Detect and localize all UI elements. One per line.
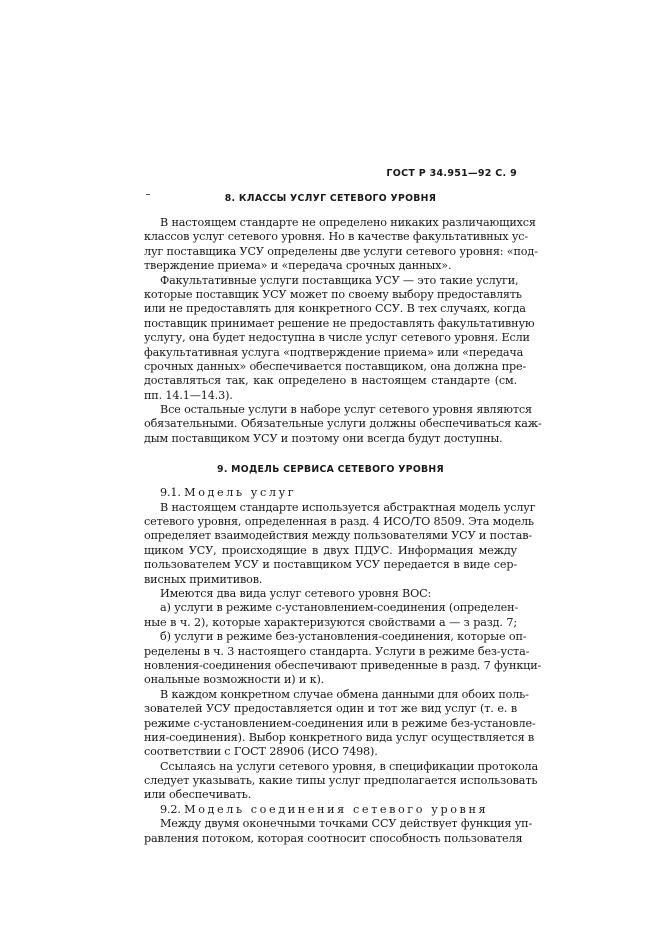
- text-line: ные в ч. 2), которые характеризуются сво…: [144, 616, 517, 630]
- running-head: ГОСТ Р 34.951—92 С. 9: [144, 168, 517, 182]
- text-line: срочных данных» обеспечивается поставщик…: [144, 360, 517, 374]
- subsection-9-2-body: Между двумя оконечными точками ССУ дейст…: [144, 817, 517, 846]
- text-line: а) услуги в режиме с-установлением-соеди…: [144, 601, 517, 615]
- text-line: следует указывать, какие типы услуг пред…: [144, 774, 517, 788]
- text-line: Между двумя оконечными точками ССУ дейст…: [144, 817, 517, 831]
- subsection-9-1-body: В настоящем стандарте используется абстр…: [144, 501, 517, 803]
- text-line: пользователем УСУ и поставщиком УСУ пере…: [144, 558, 517, 572]
- text-line: ональные возможности и) и к).: [144, 673, 517, 687]
- subsection-number: 9.2.: [160, 803, 181, 816]
- text-line: соответствии с ГОСТ 28906 (ИСО 7498).: [144, 745, 517, 759]
- subsection-number: 9.1.: [160, 486, 181, 499]
- text-line: или обеспечивать.: [144, 788, 517, 802]
- text-line: пп. 14.1—14.3).: [144, 389, 517, 403]
- text-line: услугу, она будет недоступна в числе усл…: [144, 331, 517, 345]
- document-page: ГОСТ Р 34.951—92 С. 9 8. КЛАССЫ УСЛУГ СЕ…: [144, 168, 517, 846]
- text-line: висных примитивов.: [144, 573, 517, 587]
- text-line: поставщик принимает решение не предостав…: [144, 317, 517, 331]
- text-line: В каждом конкретном случае обмена данным…: [144, 688, 517, 702]
- text-line: классов услуг сетевого уровня. Но в каче…: [144, 230, 517, 244]
- text-line: Все остальные услуги в наборе услуг сете…: [144, 403, 517, 417]
- subsection-9-2-heading: 9.2. Модель соединения сетевого уровня: [144, 803, 517, 817]
- text-line: луг поставщика УСУ определены две услуги…: [144, 245, 517, 259]
- text-line: ния-соединения). Выбор конкретного вида …: [144, 731, 517, 745]
- section-8-body: В настоящем стандарте не определено ника…: [144, 216, 517, 446]
- section-9-title: 9. МОДЕЛЬ СЕРВИСА СЕТЕВОГО УРОВНЯ: [144, 464, 517, 475]
- text-line: В настоящем стандарте используется абстр…: [144, 501, 517, 515]
- text-line: обязательными. Обязательные услуги должн…: [144, 417, 517, 431]
- text-line: сетевого уровня, определенная в разд. 4 …: [144, 515, 517, 529]
- subsection-title: Модель соединения сетевого уровня: [184, 803, 488, 816]
- subsection-title: Модель услуг: [184, 486, 296, 499]
- text-line: режиме с-установлением-соединения или в …: [144, 717, 517, 731]
- text-line: равления потоком, которая соотносит спос…: [144, 832, 517, 846]
- text-line: тверждение приема» и «передача срочных д…: [144, 259, 517, 273]
- text-line: ределены в ч. 3 настоящего стандарта. Ус…: [144, 645, 517, 659]
- text-line: или не предоставлять для конкретного ССУ…: [144, 302, 517, 316]
- section-8-title: 8. КЛАССЫ УСЛУГ СЕТЕВОГО УРОВНЯ: [144, 193, 517, 204]
- text-line: доставляться так, как определено в насто…: [144, 374, 517, 388]
- text-line: дым поставщиком УСУ и поэтому они всегда…: [144, 432, 517, 446]
- text-line: Имеются два вида услуг сетевого уровня В…: [144, 587, 517, 601]
- text-line: зователей УСУ предоставляется один и тот…: [144, 702, 517, 716]
- text-line: В настоящем стандарте не определено ника…: [144, 216, 517, 230]
- text-line: факультативная услуга «подтверждение при…: [144, 346, 517, 360]
- text-line: новления-соединения обеспечивают приведе…: [144, 659, 517, 673]
- subsection-9-1-heading: 9.1. Модель услуг: [144, 486, 517, 500]
- text-line: б) услуги в режиме без-установления-соед…: [144, 630, 517, 644]
- text-line: которые поставщик УСУ может по своему вы…: [144, 288, 517, 302]
- text-line: Факультативные услуги поставщика УСУ — э…: [144, 274, 517, 288]
- text-line: определяет взаимодействия между пользова…: [144, 529, 517, 543]
- text-line: щиком УСУ, происходящие в двух ПДУС. Инф…: [144, 544, 517, 558]
- text-line: Ссылаясь на услуги сетевого уровня, в сп…: [144, 760, 517, 774]
